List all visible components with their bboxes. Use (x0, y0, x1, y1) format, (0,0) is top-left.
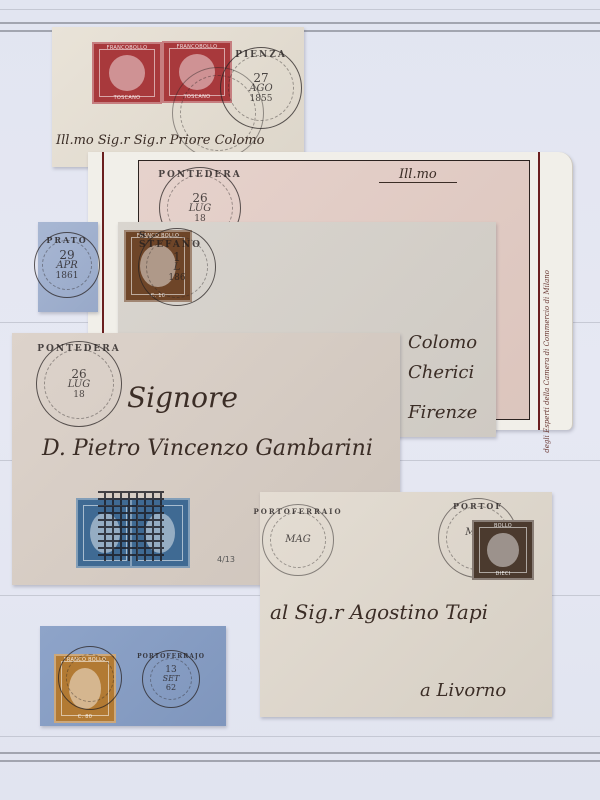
handwritten-note: Ill.mo (379, 167, 457, 183)
handwritten-colomo: Colomo (408, 332, 477, 353)
album-strip-line (0, 752, 600, 754)
postmark-portoferrajo: PORTOFERRAJO 13 SET 62 (142, 650, 200, 708)
sepia-stamp: BOLLO DIECI (472, 520, 534, 580)
postmark-pontedera: PONTEDERA 26 LUG 18 (36, 341, 122, 427)
certificate-border-line (538, 152, 540, 430)
handwritten-cherici: Cherici (408, 362, 474, 383)
cover-portoferraio: PORTOFERRAIO MAG PORTOF MAG 1 BOLLO DIEC… (260, 492, 552, 717)
postmark-partial (58, 646, 122, 710)
postmark-pienza: PIENZA 27 AGO 1855 (220, 47, 302, 129)
handwritten-destination: a Livorno (420, 680, 506, 701)
album-strip-line (0, 9, 600, 10)
handwritten-address: Ill.mo Sig.r Sig.r Priore Colomo (56, 133, 265, 148)
handwritten-recipient: al Sig.r Agostino Tapi (270, 600, 488, 624)
tuscany-pair-fragment: FRANCOBOLLO TOSCANO FRANCOBOLLO TOSCANO … (52, 27, 304, 167)
postmark-santo-stefano: S. STEFANO 1 L 186 (138, 228, 216, 306)
blue-fragment-prato: PRATO 29 APR 1861 (38, 222, 98, 312)
album-strip-line (0, 760, 600, 762)
handwritten-firenze: Firenze (408, 402, 477, 423)
postmark-portoferraio: PORTOFERRAIO MAG (262, 504, 334, 576)
blue-fragment-portoferraio: FRANCO BOLLO C. 80 PORTOFERRAJO 13 SET 6… (40, 626, 226, 726)
album-strip-line (0, 736, 600, 737)
pencil-note: 4/13 (217, 555, 235, 564)
postmark-prato: PRATO 29 APR 1861 (34, 232, 100, 298)
certificate-caption: degli Esperti della Camera di Commercio … (543, 270, 551, 453)
handwritten-signore: Signore (127, 381, 238, 414)
album-strip-line (0, 22, 600, 24)
grid-cancel (98, 491, 164, 561)
handwritten-recipient: D. Pietro Vincenzo Gambarini (42, 436, 373, 461)
red-stamp: FRANCOBOLLO TOSCANO (92, 42, 162, 104)
